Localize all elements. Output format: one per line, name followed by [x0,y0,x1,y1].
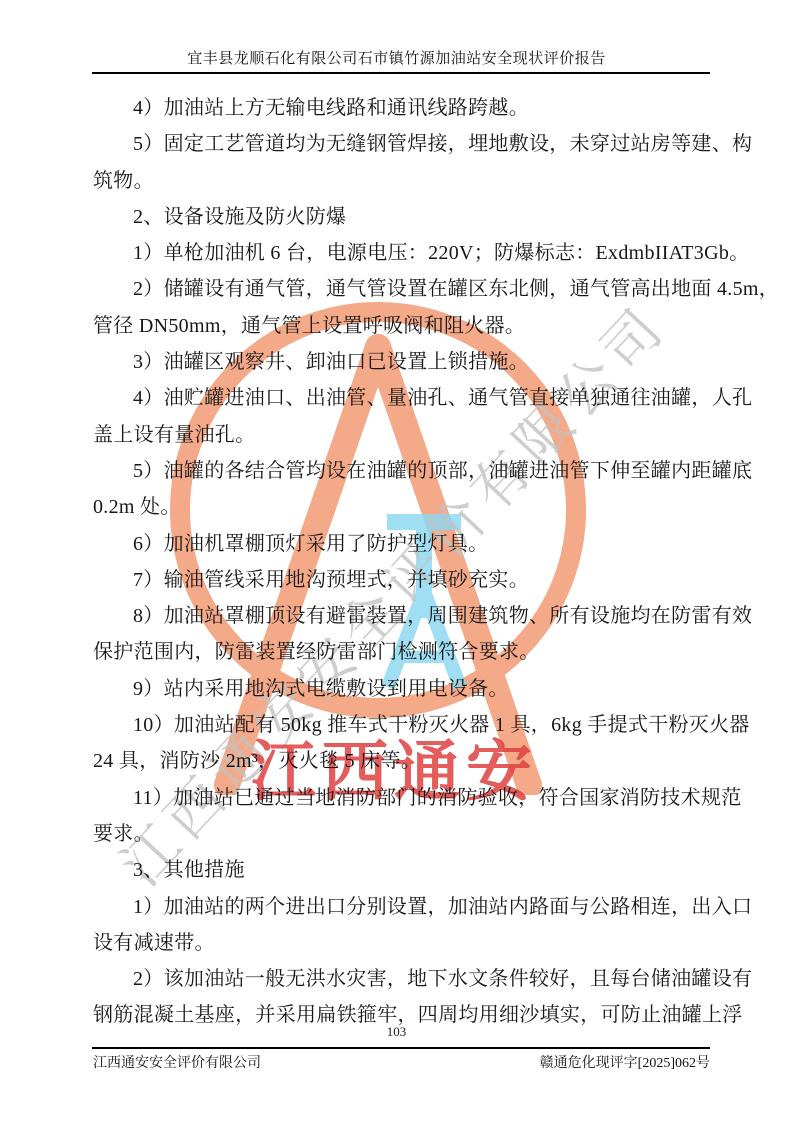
body-line: 保护范围内，防雷装置经防雷部门检测符合要求。 [93,634,711,670]
body-line: 管径 DN50mm，通气管上设置呼吸阀和阻火器。 [93,308,711,344]
body-line: 0.2m 处。 [93,489,711,525]
header-rule [92,72,710,74]
body-line: 5）固定工艺管道均为无缝钢管焊接，埋地敷设，未穿过站房等建、构 [93,126,711,162]
body-line: 2）储罐设有通气管，通气管设置在罐区东北侧，通气管高出地面 4.5m， [93,271,711,307]
body-line: 1）单枪加油机 6 台，电源电压：220V；防爆标志：ExdmbIIAT3Gb。 [93,235,711,271]
body-line: 11）加油站已通过当地消防部门的消防验收，符合国家消防技术规范 [93,780,711,816]
footer-company-name: 江西通安安全评价有限公司 [93,1052,261,1072]
body-text: 4）加油站上方无输电线路和通讯线路跨越。 5）固定工艺管道均为无缝钢管焊接，埋地… [93,90,711,1034]
body-line: 2）该加油站一般无洪水灾害，地下水文条件较好，且每台储油罐设有 [93,961,711,997]
body-line: 要求。 [93,816,711,852]
footer-document-number: 赣通危化现评字[2025]062号 [540,1052,710,1072]
body-line: 设有减速带。 [93,925,711,961]
body-line: 9）站内采用地沟式电缆敷设到用电设备。 [93,671,711,707]
body-line: 3、其他措施 [93,852,711,888]
body-line: 8）加油站罩棚顶设有避雷装置，周围建筑物、所有设施均在防雷有效 [93,598,711,634]
body-line: 10）加油站配有 50kg 推车式干粉灭火器 1 具，6kg 手提式干粉灭火器 [93,707,711,743]
page-number: 103 [0,1024,793,1040]
body-line: 6）加油机罩棚顶灯采用了防护型灯具。 [93,526,711,562]
body-line: 3）油罐区观察井、卸油口已设置上锁措施。 [93,344,711,380]
body-line: 2、设备设施及防火防爆 [93,199,711,235]
body-line: 1）加油站的两个进出口分别设置，加油站内路面与公路相连，出入口 [93,889,711,925]
body-line: 4）油贮罐进油口、出油管、量油孔、通气管直接单独通往油罐，人孔 [93,380,711,416]
footer-rule [92,1047,710,1049]
body-line: 5）油罐的各结合管均设在油罐的顶部，油罐进油管下伸至罐内距罐底 [93,453,711,489]
page-title: 宜丰县龙顺石化有限公司石市镇竹源加油站安全现状评价报告 [0,47,793,68]
body-line: 4）加油站上方无输电线路和通讯线路跨越。 [93,90,711,126]
document-page: 江西通安安全评价有限公司 江西通安 宜丰县龙顺石化有限公司石市镇竹源加油站安全现… [0,0,793,1122]
body-line: 筑物。 [93,163,711,199]
body-line: 24 具，消防沙 2m³，灭火毯 5 床等。 [93,743,711,779]
body-line: 盖上设有量油孔。 [93,417,711,453]
body-line: 7）输油管线采用地沟预埋式，并填砂充实。 [93,562,711,598]
